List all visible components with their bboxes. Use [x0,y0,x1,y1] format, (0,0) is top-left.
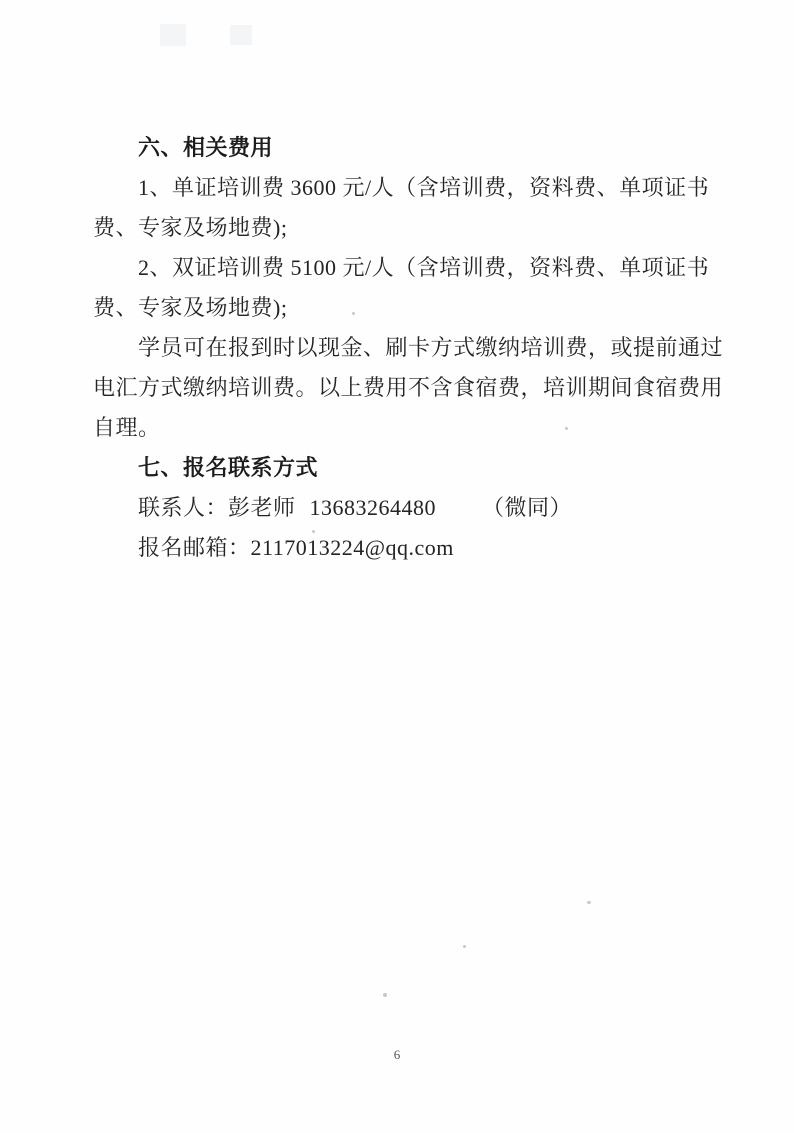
page-footer: 6 [0,1046,794,1064]
scan-smudge [230,25,252,45]
contact-person-label: 联系人：彭老师 [138,495,296,520]
scan-speck [383,993,387,997]
document-page: 六、相关费用 1、单证培训费 3600 元/人（含培训费，资料费、单项证书 费、… [0,0,794,1133]
email-value: 2117013224@qq.com [251,535,454,560]
scan-speck [463,945,466,948]
page-number: 6 [394,1047,401,1062]
scan-speck [312,530,315,533]
payment-note-line-1: 学员可在报到时以现金、刷卡方式缴纳培训费，或提前通过 [93,328,705,368]
contact-phone-number: 13683264480 [310,495,437,520]
fee-item-1-line-1: 1、单证培训费 3600 元/人（含培训费，资料费、单项证书 [93,168,705,208]
payment-note-line-2: 电汇方式缴纳培训费。以上费用不含食宿费，培训期间食宿费用 [93,368,705,408]
scan-speck [352,312,355,315]
document-body: 六、相关费用 1、单证培训费 3600 元/人（含培训费，资料费、单项证书 费、… [93,128,705,568]
contact-wechat-note: （微同） [482,495,572,520]
scan-speck [587,901,591,904]
email-label: 报名邮箱： [138,535,251,560]
scan-speck [565,427,568,430]
fee-item-2-line-2: 费、专家及场地费); [93,288,705,328]
contact-person-line: 联系人：彭老师13683264480（微同） [93,488,705,528]
payment-note-line-3: 自理。 [93,408,705,448]
section-heading-fees: 六、相关费用 [93,128,705,168]
email-line: 报名邮箱：2117013224@qq.com [93,528,705,568]
fee-item-2-line-1: 2、双证培训费 5100 元/人（含培训费，资料费、单项证书 [93,248,705,288]
fee-item-1-line-2: 费、专家及场地费); [93,208,705,248]
scan-smudge [160,24,186,46]
section-heading-contact: 七、报名联系方式 [93,448,705,488]
